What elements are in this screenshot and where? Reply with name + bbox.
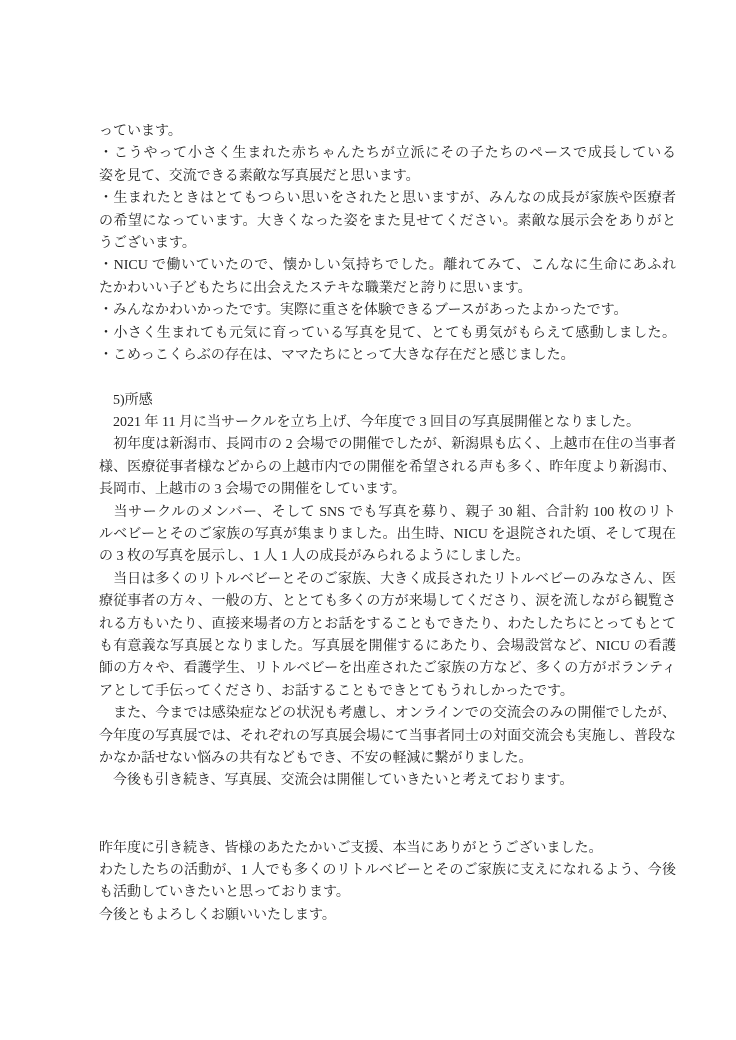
text-line: っています。 [99, 121, 676, 143]
text-line: 今後ともよろしくお願いいたします。 [99, 905, 676, 927]
text-line: 当サークルのメンバー、そして SNS でも写真を募り、親子 30 組、合計約 1… [99, 502, 676, 524]
text-line: 5)所感 [99, 390, 676, 412]
text-line: ・こうやって小さく生まれた赤ちゃんたちが立派にその子たちのペースで成長している [99, 143, 676, 165]
text-line: ルベビーとそのご家族の写真が集まりました。出生時、NICU を退院された頃、そし… [99, 524, 676, 546]
text-line: アとして手伝ってくださり、お話することもできとてもうれしかったです。 [99, 681, 676, 703]
text-line: れる方もいたり、直接来場者の方とお話をすることもできたり、わたしたちにとってもと… [99, 614, 676, 636]
text-line: の希望になっています。大きくなった姿をまた見せてください。素敵な展示会をありがと [99, 211, 676, 233]
text-line [99, 793, 676, 815]
text-line: ・生まれたときはとてもつらい思いをされたと思いますが、みんなの成長が家族や医療者 [99, 188, 676, 210]
text-line: ・こめっこくらぶの存在は、ママたちにとって大きな存在だと感じました。 [99, 345, 676, 367]
text-line: たかわいい子どもたちに出会えたステキな職業だと誇りに思います。 [99, 278, 676, 300]
text-line: の 3 枚の写真を展示し、1 人 1 人の成長がみられるようにしました。 [99, 546, 676, 568]
text-line: ・みんなかわいかったです。実際に重さを体験できるブースがあったよかったです。 [99, 300, 676, 322]
text-line: ・NICU で働いていたので、懐かしい気持ちでした。離れてみて、こんなに生命にあ… [99, 255, 676, 277]
text-line: 長岡市、上越市の 3 会場での開催をしています。 [99, 479, 676, 501]
document-body: っています。・こうやって小さく生まれた赤ちゃんたちが立派にその子たちのペースで成… [99, 121, 676, 927]
text-line: も活動していきたいと思っております。 [99, 882, 676, 904]
text-line: 今後も引き続き、写真展、交流会は開催していきたいと考えております。 [99, 770, 676, 792]
text-line: 今年度の写真展では、それぞれの写真展会場にて当事者同士の対面交流会も実施し、普段… [99, 726, 676, 748]
text-line: わたしたちの活動が、1 人でも多くのリトルベビーとそのご家族に支えになれるよう、… [99, 860, 676, 882]
text-line: 昨年度に引き続き、皆様のあたたかいご支援、本当にありがとうございました。 [99, 838, 676, 860]
text-line: 様、医療従事者様などからの上越市内での開催を希望される声も多く、昨年度より新潟市… [99, 457, 676, 479]
text-line: 初年度は新潟市、長岡市の 2 会場での開催でしたが、新潟県も広く、上越市在住の当… [99, 434, 676, 456]
text-line [99, 367, 676, 389]
text-line: も有意義な写真展となりました。写真展を開催するにあたり、会場設営など、NICU … [99, 636, 676, 658]
text-line: また、今までは感染症などの状況も考慮し、オンラインでの交流会のみの開催でしたが、 [99, 703, 676, 725]
text-line: 当日は多くのリトルベビーとそのご家族、大きく成長されたリトルベビーのみなさん、医 [99, 569, 676, 591]
text-line: かなか話せない悩みの共有などもでき、不安の軽減に繋がりました。 [99, 748, 676, 770]
document-page: っています。・こうやって小さく生まれた赤ちゃんたちが立派にその子たちのペースで成… [0, 0, 736, 1040]
text-line: 姿を見て、交流できる素敵な写真展だと思います。 [99, 166, 676, 188]
text-line: 療従事者の方々、一般の方、ととても多くの方が来場してくださり、涙を流しながら観覧… [99, 591, 676, 613]
text-line: うございます。 [99, 233, 676, 255]
text-line [99, 815, 676, 837]
text-line: 2021 年 11 月に当サークルを立ち上げ、今年度で 3 回目の写真展開催とな… [99, 412, 676, 434]
text-line: 師の方々や、看護学生、リトルベビーを出産されたご家族の方など、多くの方がボランテ… [99, 658, 676, 680]
text-line: ・小さく生まれても元気に育っている写真を見て、とても勇気がもらえて感動しました。 [99, 323, 676, 345]
